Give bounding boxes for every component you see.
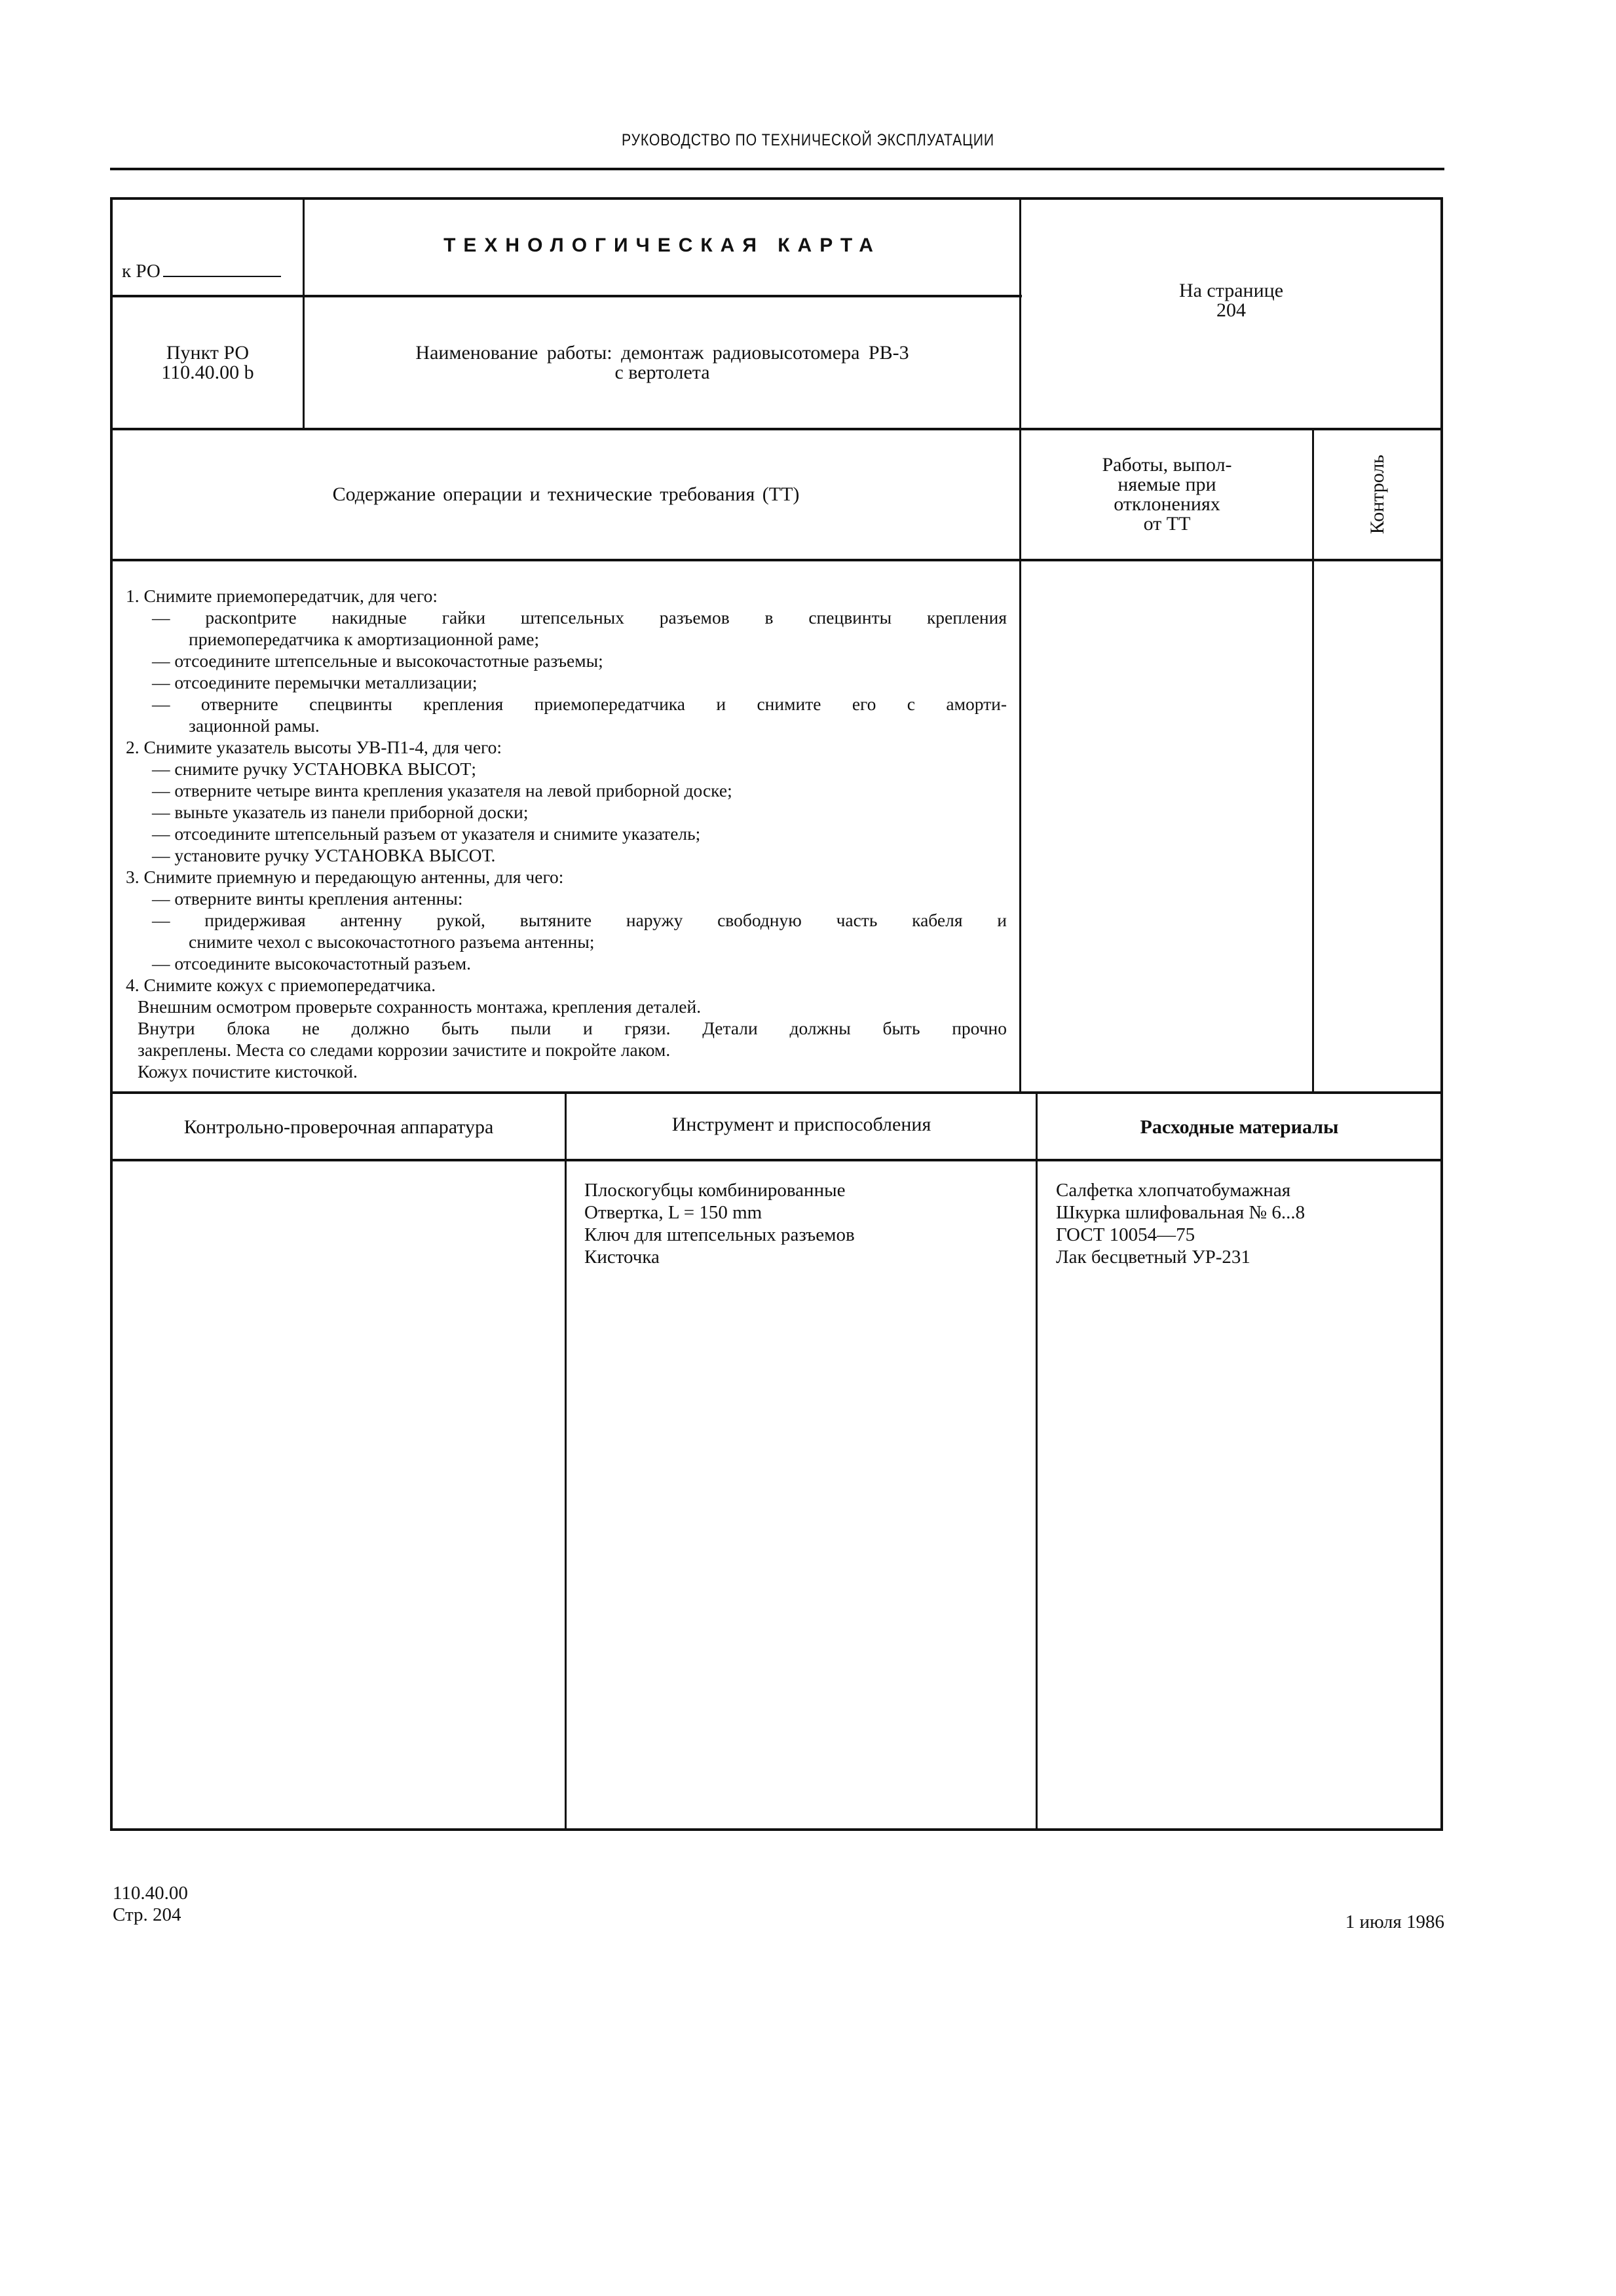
operation-line: Внешним осмотром проверьте сохранность м… (126, 996, 1007, 1017)
footer-page: Стр. 204 (113, 1904, 188, 1926)
list-item: Плоскогубцы комбинированные (584, 1179, 855, 1201)
control-column-header: Контроль (1314, 430, 1440, 559)
list-item: Лак бесцветный УР-231 (1056, 1246, 1305, 1268)
on-page-label: На странице (1179, 281, 1283, 301)
list-item: Салфетка хлопчатобумажная (1056, 1179, 1305, 1201)
tools-list: Плоскогубцы комбинированные Отвертка, L … (584, 1179, 855, 1268)
col-divider-resources-2 (1036, 1093, 1038, 1830)
operation-line: — отсоедините перемычки металлизации; (126, 671, 1007, 693)
deviations-header-line: от ТТ (1144, 514, 1191, 534)
footer-doc-code: 110.40.00 (113, 1883, 188, 1904)
operation-step: 1. Снимите приемопередатчик, для чего: (126, 585, 1007, 607)
ref-blank-line (163, 276, 281, 277)
operation-line: — снимите ручку УСТАНОВКА ВЫСОТ; (126, 758, 1007, 780)
materials-list: Салфетка хлопчатобумажная Шкурка шлифова… (1056, 1179, 1305, 1268)
list-item: Шкурка шлифовальная № 6...8 (1056, 1201, 1305, 1224)
table-border-bottom (110, 1828, 1443, 1831)
operation-line: — отверните спецвинты крепления приемопе… (126, 693, 1007, 715)
operation-line: — отверните винты крепления антенны: (126, 888, 1007, 909)
col-divider-ref (303, 198, 305, 429)
card-title-cell: ТЕХНОЛОГИЧЕСКАЯ КАРТА (305, 200, 1019, 295)
tools-header: Инструмент и приспособления (567, 1095, 1036, 1159)
deviations-header-line: Работы, выпол- (1102, 455, 1231, 475)
list-item: Ключ для штепсельных разъемов (584, 1224, 855, 1246)
operations-list: 1. Снимите приемопередатчик, для чего:— … (126, 585, 1007, 1082)
operation-line: — выньте указатель из панели приборной д… (126, 801, 1007, 823)
control-header-text: Контроль (1368, 455, 1387, 534)
operation-line: Внутри блока не должно быть пыли и грязи… (126, 1017, 1007, 1039)
on-page-number: 204 (1216, 301, 1246, 320)
running-head: РУКОВОДСТВО ПО ТЕХНИЧЕСКОЙ ЭКСПЛУАТАЦИИ (121, 131, 1495, 150)
operation-line: — отсоедините высокочастотный разъем. (126, 952, 1007, 974)
operation-line: — отсоедините штепсельный разъем от указ… (126, 823, 1007, 844)
footer-date: 1 июля 1986 (1345, 1911, 1444, 1933)
operation-line: — придерживая антенну рукой, вытяните на… (126, 909, 1007, 931)
col-divider-resources-1 (565, 1093, 567, 1830)
row-divider-5 (110, 1159, 1443, 1161)
table-border-right (1440, 198, 1443, 1830)
list-item: ГОСТ 10054—75 (1056, 1224, 1305, 1246)
operation-line: Кожух почистите кисточкой. (126, 1061, 1007, 1082)
item-label: Пункт РО (166, 343, 249, 363)
footer-left: 110.40.00 Стр. 204 (113, 1883, 188, 1926)
operation-line: — отверните четыре винта крепления указа… (126, 780, 1007, 801)
operation-step: 4. Снимите кожух с приемопередатчика. (126, 974, 1007, 996)
col-divider-main (1019, 198, 1021, 1093)
deviations-header-line: няемые при (1118, 475, 1216, 495)
header-rule (110, 168, 1444, 170)
operation-line: зационной рамы. (126, 715, 1007, 736)
deviations-column-header: Работы, выпол- няемые при отклонениях от… (1022, 430, 1312, 559)
list-item: Кисточка (584, 1246, 855, 1268)
row-divider-3 (110, 559, 1443, 561)
operation-line: — раскontрите накидные гайки штепсельных… (126, 607, 1007, 628)
operation-step: 3. Снимите приемную и передающую антенны… (126, 866, 1007, 888)
work-name-line2: с вертолета (614, 363, 709, 383)
work-name-line1: Наименование работы: демонтаж радиовысот… (415, 343, 909, 363)
operation-line: снимите чехол с высокочастотного разъема… (126, 931, 1007, 952)
on-page-cell: На странице 204 (1022, 200, 1440, 428)
work-name-cell: Наименование работы: демонтаж радиовысот… (305, 297, 1019, 428)
test-equipment-header: Контрольно-проверочная аппаратура (113, 1095, 565, 1159)
row-divider-4 (110, 1091, 1443, 1094)
ref-field: к РО (122, 261, 281, 282)
materials-header: Расходные материалы (1038, 1095, 1440, 1159)
operation-step: 2. Снимите указатель высоты УВ-П1-4, для… (126, 736, 1007, 758)
operation-line: — отсоедините штепсельные и высокочастот… (126, 650, 1007, 671)
ref-label: к РО (122, 261, 160, 282)
deviations-header-line: отклонениях (1114, 495, 1220, 514)
item-number: 110.40.00 b (161, 363, 254, 383)
list-item: Отвертка, L = 150 mm (584, 1201, 855, 1224)
item-cell: Пункт РО 110.40.00 b (113, 297, 303, 428)
operation-line: приемопередатчика к амортизационной раме… (126, 628, 1007, 650)
operation-line: закреплены. Места со следами коррозии за… (126, 1039, 1007, 1061)
operation-line: — установите ручку УСТАНОВКА ВЫСОТ. (126, 844, 1007, 866)
content-column-header: Содержание операции и технические требов… (113, 430, 1019, 559)
card-title: ТЕХНОЛОГИЧЕСКАЯ КАРТА (443, 236, 881, 255)
